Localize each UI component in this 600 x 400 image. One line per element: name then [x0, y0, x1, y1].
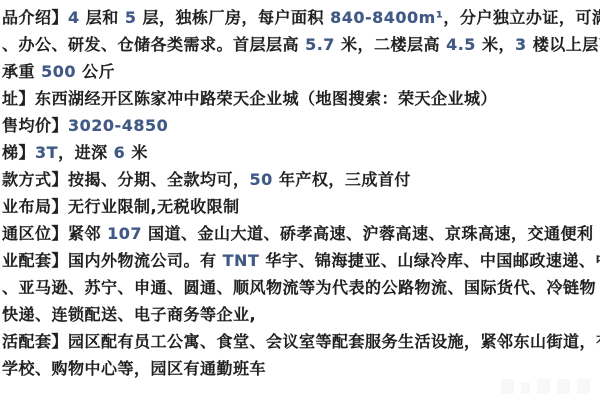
- text-line-living-support: 活配套】园区配有员工公寓、食堂、会议室等配套服务生活设施，紧邻东山街道，有: [0, 328, 600, 355]
- text-line-industry-support-cont: 、亚马逊、苏宁、申通、圆通、顺风物流等为代表的公路物流、国际货代、冷链物: [0, 274, 600, 301]
- watermark-glyph: [537, 379, 550, 394]
- watermark: [501, 379, 590, 394]
- text-line-living-support-cont: 学校、购物中心等，园区有通勤班车: [0, 355, 600, 382]
- watermark-glyph: [557, 379, 570, 394]
- text-line-product-intro: 品介绍】4 层和 5 层，独栋厂房，每户面积 840-8400m¹，分户独立办证…: [0, 4, 600, 31]
- watermark-glyph: [577, 379, 590, 394]
- text-line-industry-support: 业配套】国内外物流公司。有 TNT 华宇、锦海捷亚、山绿冷库、中国邮政速递、中: [0, 247, 600, 274]
- text-line-industry-support-end: 快递、连锁配送、电子商务等企业,: [0, 301, 600, 328]
- text-line-payment-method: 款方式】按揭、分期、全款均可，50 年产权，三成首付: [0, 166, 600, 193]
- text-line-industry-layout: 业布局】无行业限制,无税收限制: [0, 193, 600, 220]
- text-line-average-price: 售均价】3020-4850: [0, 112, 600, 139]
- watermark-glyph: [501, 379, 514, 394]
- text-line-address: 址】东西湖经开区陈家冲中路荣天企业城（地图搜索：荣天企业城）: [0, 85, 600, 112]
- text-line-traffic-location: 通区位】紧邻 107 国道、金山大道、硚孝高速、沪蓉高速、京珠高速，交通便利: [0, 220, 600, 247]
- text-line-elevator: 梯】3T，进深 6 米: [0, 139, 600, 166]
- text-line-load-capacity: 承重 500 公斤: [0, 58, 600, 85]
- text-line-product-intro-cont: 、办公、研发、仓储各类需求。首层层高 5.7 米，二楼层高 4.5 米，3 楼以…: [0, 31, 600, 58]
- watermark-glyph: [521, 382, 530, 394]
- property-listing-document: 品介绍】4 层和 5 层，独栋厂房，每户面积 840-8400m¹，分户独立办证…: [0, 0, 600, 400]
